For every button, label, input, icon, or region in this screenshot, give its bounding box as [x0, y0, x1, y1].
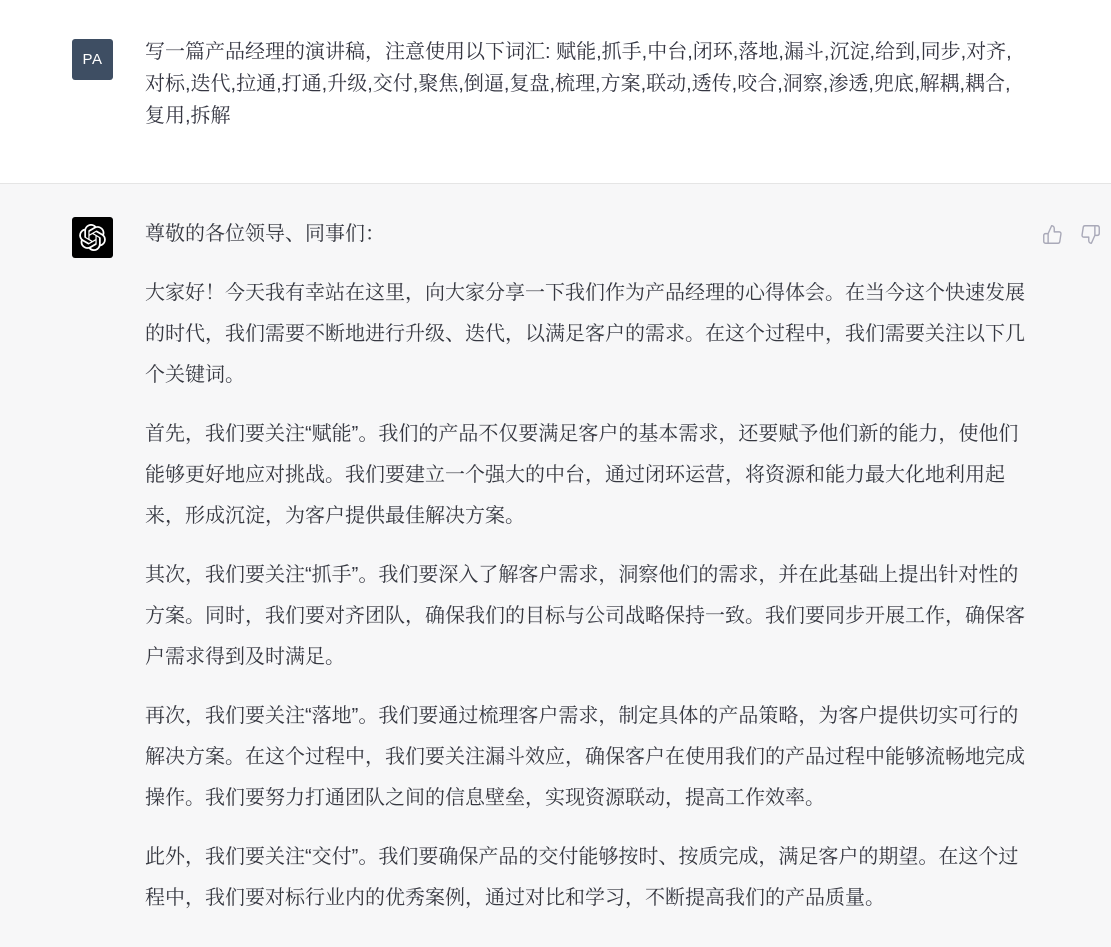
- thumbs-up-icon: [1042, 224, 1063, 245]
- assistant-message-text: 尊敬的各位领导、同事们：大家好！今天我有幸站在这里，向大家分享一下我们作为产品经…: [145, 214, 1025, 919]
- chatgpt-avatar: [72, 217, 113, 258]
- openai-logo-icon: [79, 224, 106, 251]
- user-turn: PA 写一篇产品经理的演讲稿，注意使用以下词汇: 赋能,抓手,中台,闭环,落地,…: [0, 0, 1111, 184]
- assistant-paragraph: 其次，我们要关注“抓手”。我们要深入了解客户需求，洞察他们的需求，并在此基础上提…: [145, 555, 1025, 678]
- user-avatar: PA: [72, 39, 113, 80]
- assistant-turn: 尊敬的各位领导、同事们：大家好！今天我有幸站在这里，向大家分享一下我们作为产品经…: [0, 184, 1111, 947]
- assistant-paragraph: 再次，我们要关注“落地”。我们要通过梳理客户需求，制定具体的产品策略，为客户提供…: [145, 696, 1025, 819]
- user-avatar-initials: PA: [83, 51, 103, 68]
- assistant-paragraph: 此外，我们要关注“交付”。我们要确保产品的交付能够按时、按质完成，满足客户的期望…: [145, 837, 1025, 919]
- chat-thread: PA 写一篇产品经理的演讲稿，注意使用以下词汇: 赋能,抓手,中台,闭环,落地,…: [0, 0, 1111, 947]
- thumbs-up-button[interactable]: [1040, 222, 1065, 247]
- assistant-paragraph: 大家好！今天我有幸站在这里，向大家分享一下我们作为产品经理的心得体会。在当今这个…: [145, 273, 1025, 396]
- thumbs-down-icon: [1080, 224, 1101, 245]
- message-actions: [1040, 222, 1103, 247]
- assistant-paragraph: 首先，我们要关注“赋能”。我们的产品不仅要满足客户的基本需求，还要赋予他们新的能…: [145, 414, 1025, 537]
- user-message-text: 写一篇产品经理的演讲稿，注意使用以下词汇: 赋能,抓手,中台,闭环,落地,漏斗,…: [145, 36, 1025, 132]
- thumbs-down-button[interactable]: [1078, 222, 1103, 247]
- assistant-paragraph: 尊敬的各位领导、同事们：: [145, 214, 1025, 255]
